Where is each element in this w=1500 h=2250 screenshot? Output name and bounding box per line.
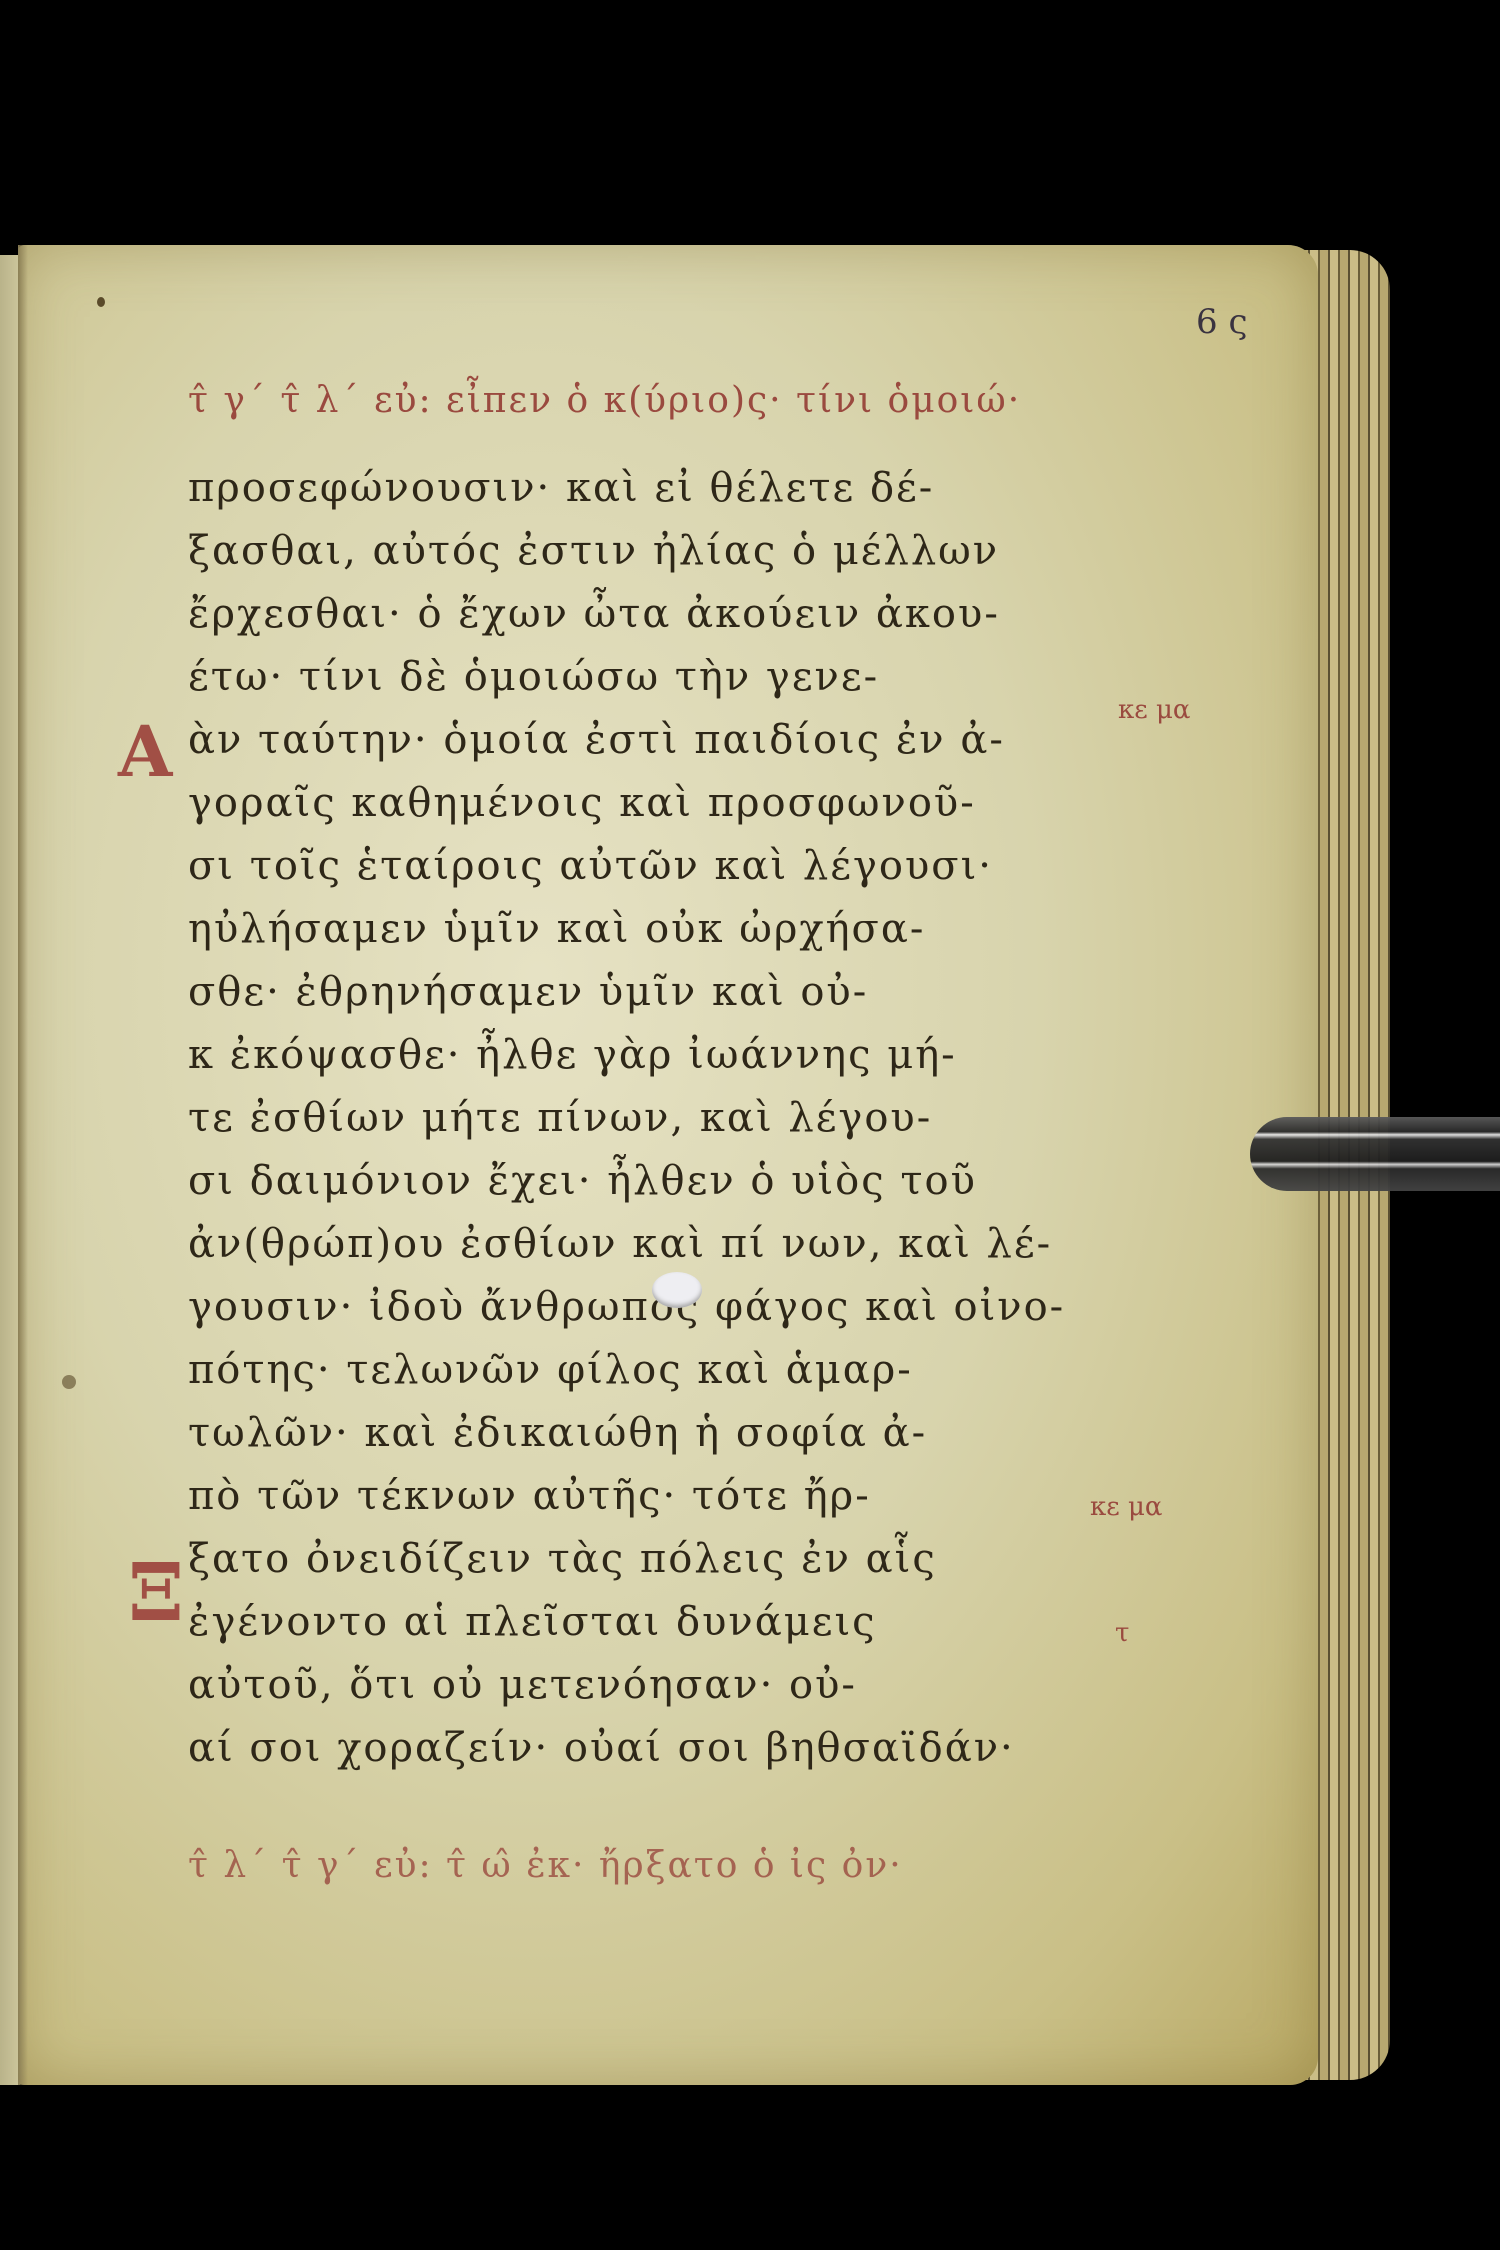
text-line: αί σοι χοραζείν· οὐαί σοι βηθσαϊδάν·: [188, 1725, 1015, 1771]
text-line: γοραῖς καθημένοις καὶ προσφωνοῦ-: [188, 780, 976, 826]
margin-note: κε μα: [1090, 1492, 1162, 1522]
text-line: ξατο ὀνειδίζειν τὰς πόλεις ἐν αἷς: [188, 1536, 937, 1582]
text-line: ηὐλήσαμεν ὑμῖν καὶ οὐκ ὠρχήσα-: [188, 906, 925, 952]
margin-note: κε μα: [1118, 695, 1190, 725]
text-line: αὐτοῦ, ὅτι οὐ μετενόησαν· οὐ-: [188, 1662, 857, 1708]
text-line: πὸ τῶν τέκνων αὐτῆς· τότε ἤρ-: [188, 1473, 871, 1519]
text-line: σι δαιμόνιον ἔχει· ἦλθεν ὁ υἱὸς τοῦ: [188, 1158, 977, 1204]
text-line: γουσιν· ἰδοὺ ἄνθρωπος φάγος καὶ οἰνο-: [188, 1284, 1065, 1330]
rubric-bottom: τ̂ λ΄ τ̂ γ΄ εὐ: τ̂ ω̂ ἐκ· ἤρξατο ὁ ἰς ὀν…: [188, 1845, 903, 1886]
stain: [97, 297, 105, 307]
text-line: έτω· τίνι δὲ ὁμοιώσω τὴν γενε-: [188, 654, 879, 700]
text-line: προσεφώνουσιν· καὶ εἰ θέλετε δέ-: [188, 465, 934, 511]
drop-initial-xi: Ξ: [128, 1545, 184, 1639]
text-line: κ ἐκόψασθε· ἦλθε γὰρ ἰωάννης μή-: [188, 1032, 957, 1078]
text-line: ἔρχεσθαι· ὁ ἔχων ὦτα ἀκούειν ἀκου-: [188, 591, 1000, 637]
text-line: ὰν ταύτην· ὁμοία ἐστὶ παιδίοις ἐν ἀ-: [188, 717, 1005, 763]
text-line: ἀν(θρώπ)ου ἐσθίων καὶ πί νων, καὶ λέ-: [188, 1221, 1052, 1267]
text-line: τε ἐσθίων μήτε πίνων, καὶ λέγου-: [188, 1095, 932, 1141]
text-line: πότης· τελωνῶν φίλος καὶ ἁμαρ-: [188, 1347, 913, 1393]
drop-initial-alpha: Α: [118, 710, 172, 793]
folio-number: 6 ς: [1196, 302, 1247, 342]
glass-page-weight: [1250, 1117, 1500, 1191]
text-line: σθε· ἐθρηνήσαμεν ὑμῖν καὶ οὐ-: [188, 969, 868, 1015]
text-line: τωλῶν· καὶ ἐδικαιώθη ἡ σοφία ἀ-: [188, 1410, 927, 1456]
rubric-top: τ̂ γ΄ τ̂ λ΄ εὐ: εἶπεν ὁ κ(ύριο)ς· τίνι ὁ…: [188, 380, 1021, 421]
stain: [62, 1375, 76, 1389]
parchment-hole: [652, 1272, 702, 1308]
margin-note: τ: [1115, 1618, 1129, 1648]
text-line: ξασθαι, αὐτός ἐστιν ἠλίας ὁ μέλλων: [188, 528, 999, 574]
text-line: ἐγένοντο αἱ πλεῖσται δυνάμεις: [188, 1599, 877, 1645]
text-line: σι τοῖς ἑταίροις αὐτῶν καὶ λέγουσι·: [188, 843, 993, 889]
